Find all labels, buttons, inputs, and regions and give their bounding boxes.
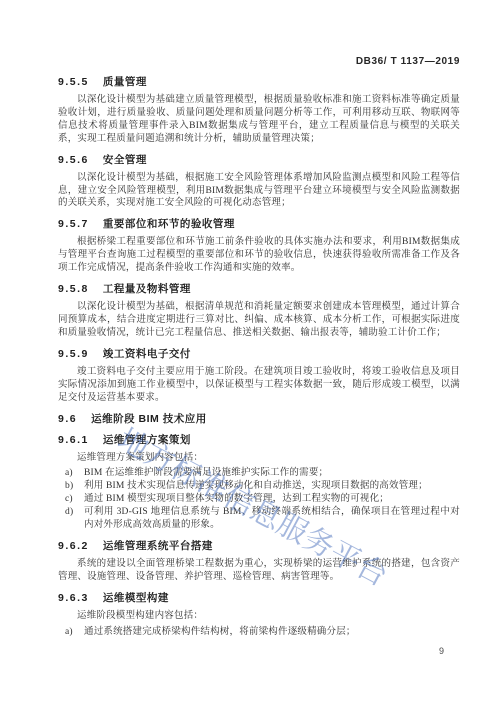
section-number: 9.5.5 [58,76,89,89]
body-paragraph: 系统的建设以全面管理桥梁工程数据为重心，实现桥梁的运营维护系统的搭建，包含资产管… [58,558,460,584]
list-item-text: 通过系统搭建完成桥梁构件结构树，将前梁构件逐级精确分层； [84,626,460,639]
list-item-label: b) [65,480,84,493]
section-title: 质量管理 [103,76,147,89]
ordered-list-9-6-1: a) BIM 在运维维护阶段需要满足设施维护实际工作的需要； b) 利用 BIM… [65,467,460,532]
section-heading-9-5-5: 9.5.5 质量管理 [58,76,460,89]
list-item: a) 通过系统搭建完成桥梁构件结构树，将前梁构件逐级精确分层； [65,626,460,639]
section-heading-9-5-7: 9.5.7 重要部位和环节的验收管理 [58,218,460,231]
section-title: 竣工资料电子交付 [103,348,191,361]
body-paragraph: 根据桥梁工程重要部位和环节施工前条件验收的具体实施办法和要求，利用BIM数据集成… [58,236,460,275]
section-heading-9-6-1: 9.6.1 运维管理方案策划 [58,434,460,447]
list-item: d) 可利用 3D-GIS 地理信息系统与 BIM、移动终端系统相结合，确保项目… [65,506,460,532]
section-heading-9-5-9: 9.5.9 竣工资料电子交付 [58,348,460,361]
section-title: 工程量及物料管理 [103,283,191,296]
section-title: 运维管理系统平台搭建 [103,540,213,553]
section-title: 重要部位和环节的验收管理 [103,218,235,231]
document-page: DB36/ T 1137—2019 地方标准信息服务平台 9.5.5 质量管理 … [0,0,500,707]
list-item-text: BIM 在运维维护阶段需要满足设施维护实际工作的需要； [84,467,460,480]
body-paragraph: 以深化设计模型为基础，根据施工安全风险管理体系增加风险监测点模型和风险工程等信息… [58,172,460,211]
section-title: 运维模型构建 [103,592,169,605]
section-number: 9.5.6 [58,154,89,167]
list-item-text: 通过 BIM 模型实现项目整体实物的数字管理，达到工程实物的可视化； [84,493,460,506]
section-title: 安全管理 [103,154,147,167]
page-number: 9 [439,646,444,656]
list-item: c) 通过 BIM 模型实现项目整体实物的数字管理，达到工程实物的可视化； [65,493,460,506]
section-number: 9.5.7 [58,218,89,231]
body-paragraph: 以深化设计模型为基础建立质量管理模型，根据质量验收标准和施工资料标准等确定质量验… [58,94,460,146]
section-heading-9-5-8: 9.5.8 工程量及物料管理 [58,283,460,296]
list-item-label: c) [65,493,84,506]
section-number: 9.6.3 [58,592,89,605]
section-heading-9-6-3: 9.6.3 运维模型构建 [58,592,460,605]
section-number: 9.5.8 [58,283,89,296]
section-number: 9.5.9 [58,348,89,361]
list-intro: 运维管理方案策划内容包括： [58,452,460,465]
section-number: 9.6.1 [58,434,89,447]
section-number: 9.6 [58,413,77,426]
page-content: 9.5.5 质量管理 以深化设计模型为基础建立质量管理模型，根据质量验收标准和施… [58,76,460,639]
section-heading-9-5-6: 9.5.6 安全管理 [58,154,460,167]
ordered-list-9-6-3: a) 通过系统搭建完成桥梁构件结构树，将前梁构件逐级精确分层； [65,626,460,639]
section-heading-9-6: 9.6 运维阶段 BIM 技术应用 [58,413,460,426]
list-item: b) 利用 BIM 技术实现信息传递实现移动化和自动推送，实现项目数据的高效管理… [65,480,460,493]
standard-number-header: DB36/ T 1137—2019 [356,56,460,67]
list-item-label: a) [65,626,84,639]
section-heading-9-6-2: 9.6.2 运维管理系统平台搭建 [58,540,460,553]
list-item-text: 利用 BIM 技术实现信息传递实现移动化和自动推送，实现项目数据的高效管理； [84,480,460,493]
list-item-label: d) [65,506,84,532]
section-title: 运维管理方案策划 [103,434,191,447]
section-title: 运维阶段 BIM 技术应用 [91,413,207,426]
section-number: 9.6.2 [58,540,89,553]
list-item-label: a) [65,467,84,480]
list-item-text: 可利用 3D-GIS 地理信息系统与 BIM、移动终端系统相结合，确保项目在管理… [84,506,460,532]
body-paragraph: 以深化设计模型为基础，根据清单规范和消耗量定额要求创建成本管理模型，通过计算合同… [58,301,460,340]
list-item: a) BIM 在运维维护阶段需要满足设施维护实际工作的需要； [65,467,460,480]
body-paragraph: 竣工资料电子交付主要应用于施工阶段。在建筑项目竣工验收时，将竣工验收信息及项目实… [58,366,460,405]
list-intro: 运维阶段模型构建内容包括： [58,610,460,623]
